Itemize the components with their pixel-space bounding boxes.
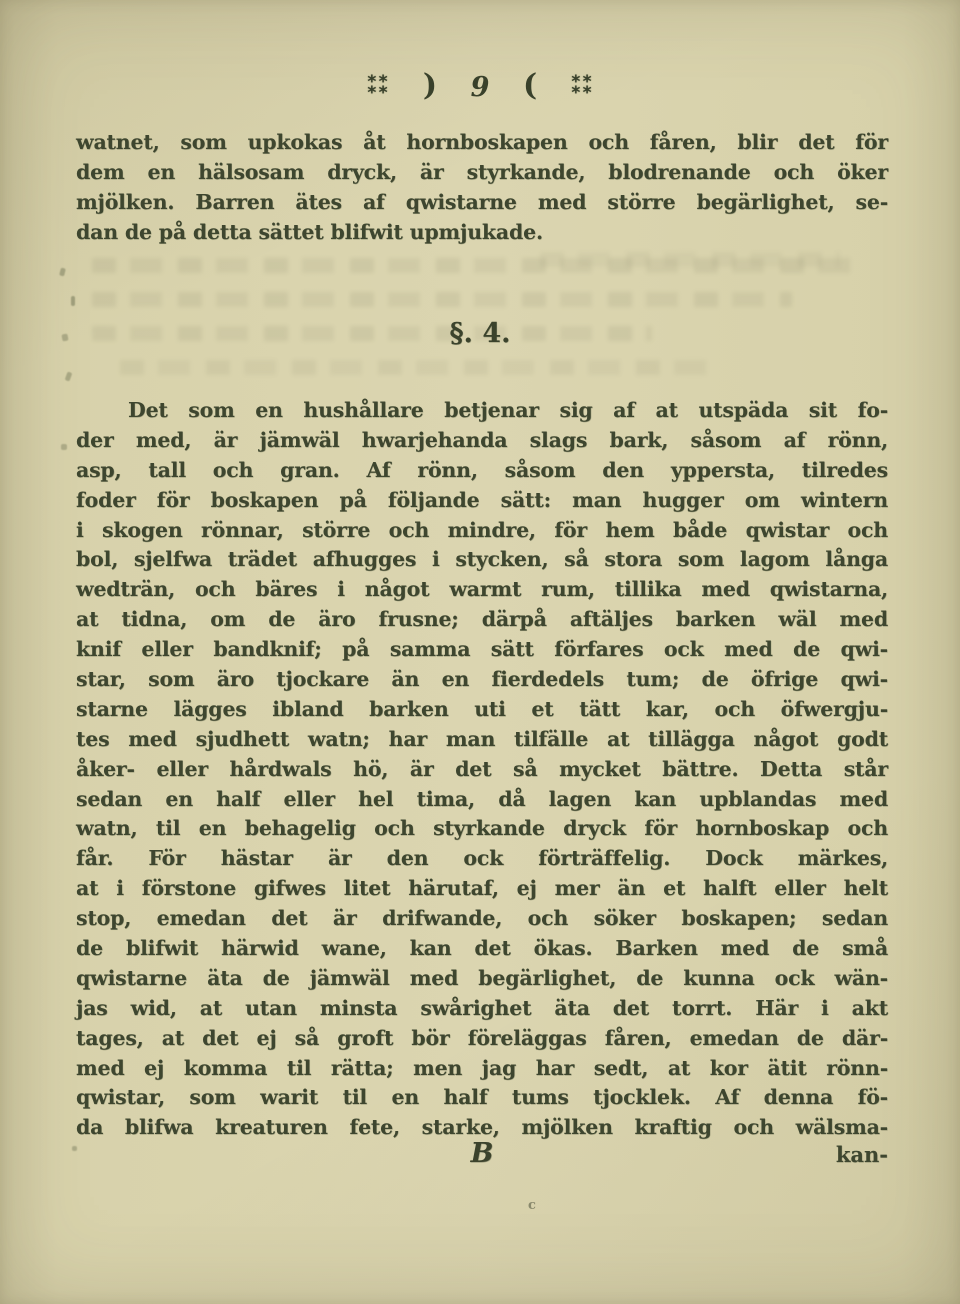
headpiece-ornament-right-icon: ** ** (571, 77, 593, 98)
ink-spot-artifact (71, 296, 75, 306)
ink-spot-artifact (61, 444, 67, 450)
text-line: jas wid, at utan minsta swårighet äta de… (76, 994, 888, 1024)
text-line: bol, sjelfwa trädet afhugges i stycken, … (76, 545, 888, 575)
text-line: der med, är jämwäl hwarjehanda slags bar… (76, 426, 888, 456)
body-paragraph-1: watnet, som upkokas åt hornboskapen och … (76, 128, 888, 248)
text-line: star, som äro tjockare än en fierdedels … (76, 665, 888, 695)
running-header: ** ** ) 9 ( ** ** (0, 70, 960, 105)
text-line: asp, tall och gran. Af rönn, såsom den y… (76, 456, 888, 486)
text-line: at i förstone gifwes litet härutaf, ej m… (76, 874, 888, 904)
text-line: watn, til en behagelig och styrkande dry… (76, 814, 888, 844)
section-heading: §. 4. (0, 318, 960, 349)
page-number: 9 (471, 72, 490, 103)
text-line: dan de på detta sättet blifwit upmjukade… (76, 218, 888, 248)
headpiece-ornament-left-icon: ** ** (367, 77, 389, 98)
catchword: kan- (836, 1142, 888, 1167)
text-line: de blifwit härwid wane, kan det ökas. Ba… (76, 934, 888, 964)
text-line: får. För hästar är den ock förträffelig.… (76, 844, 888, 874)
header-bracket-right: ( (523, 68, 537, 103)
text-line: at tidna, om de äro frusne; därpå aftälj… (76, 605, 888, 635)
text-line: sedan en half eller hel tima, då lagen k… (76, 785, 888, 815)
text-line: wedträn, och bäres i något warmt rum, ti… (76, 575, 888, 605)
text-line: starne lägges ibland barken uti et tätt … (76, 695, 888, 725)
signature-mark: B (76, 1138, 888, 1169)
text-line: Det som en hushållare betjenar sig af at… (76, 396, 888, 426)
bleed-through-row (540, 252, 840, 267)
page-footer: B kan- (76, 1138, 888, 1170)
text-line: foder för boskapen på följande sätt: man… (76, 486, 888, 516)
scanned-book-page: ** ** ) 9 ( ** ** watnet, som upkokas åt… (0, 0, 960, 1304)
text-line: åker- eller hårdwals hö, är det så mycke… (76, 755, 888, 785)
text-line: tages, at det ej så groft bör föreläggas… (76, 1024, 888, 1054)
press-figure: c (528, 1198, 536, 1213)
text-line: qwistar, som warit til en half tums tjoc… (76, 1083, 888, 1113)
bleed-through-row (120, 360, 720, 375)
text-line: stop, emedan det är drifwande, och söker… (76, 904, 888, 934)
ink-spot-artifact (59, 268, 66, 277)
bleed-through-row (92, 292, 792, 307)
text-line: tes med sjudhett watn; har man tilfälle … (76, 725, 888, 755)
text-line: i skogen rönnar, större och mindre, för … (76, 516, 888, 546)
text-line: watnet, som upkokas åt hornboskapen och … (76, 128, 888, 158)
text-line: med ej komma til rätta; men jag har sedt… (76, 1054, 888, 1084)
header-bracket-left: ) (423, 68, 437, 103)
text-line: dem en hälsosam dryck, är styrkande, blo… (76, 158, 888, 188)
text-line: mjölken. Barren ätes af qwistarne med st… (76, 188, 888, 218)
ink-spot-artifact (65, 371, 73, 381)
text-line: knif eller bandknif; på samma sätt förfa… (76, 635, 888, 665)
body-paragraph-2: Det som en hushållare betjenar sig af at… (76, 396, 888, 1143)
text-line: qwistarne äta de jämwäl med begärlighet,… (76, 964, 888, 994)
